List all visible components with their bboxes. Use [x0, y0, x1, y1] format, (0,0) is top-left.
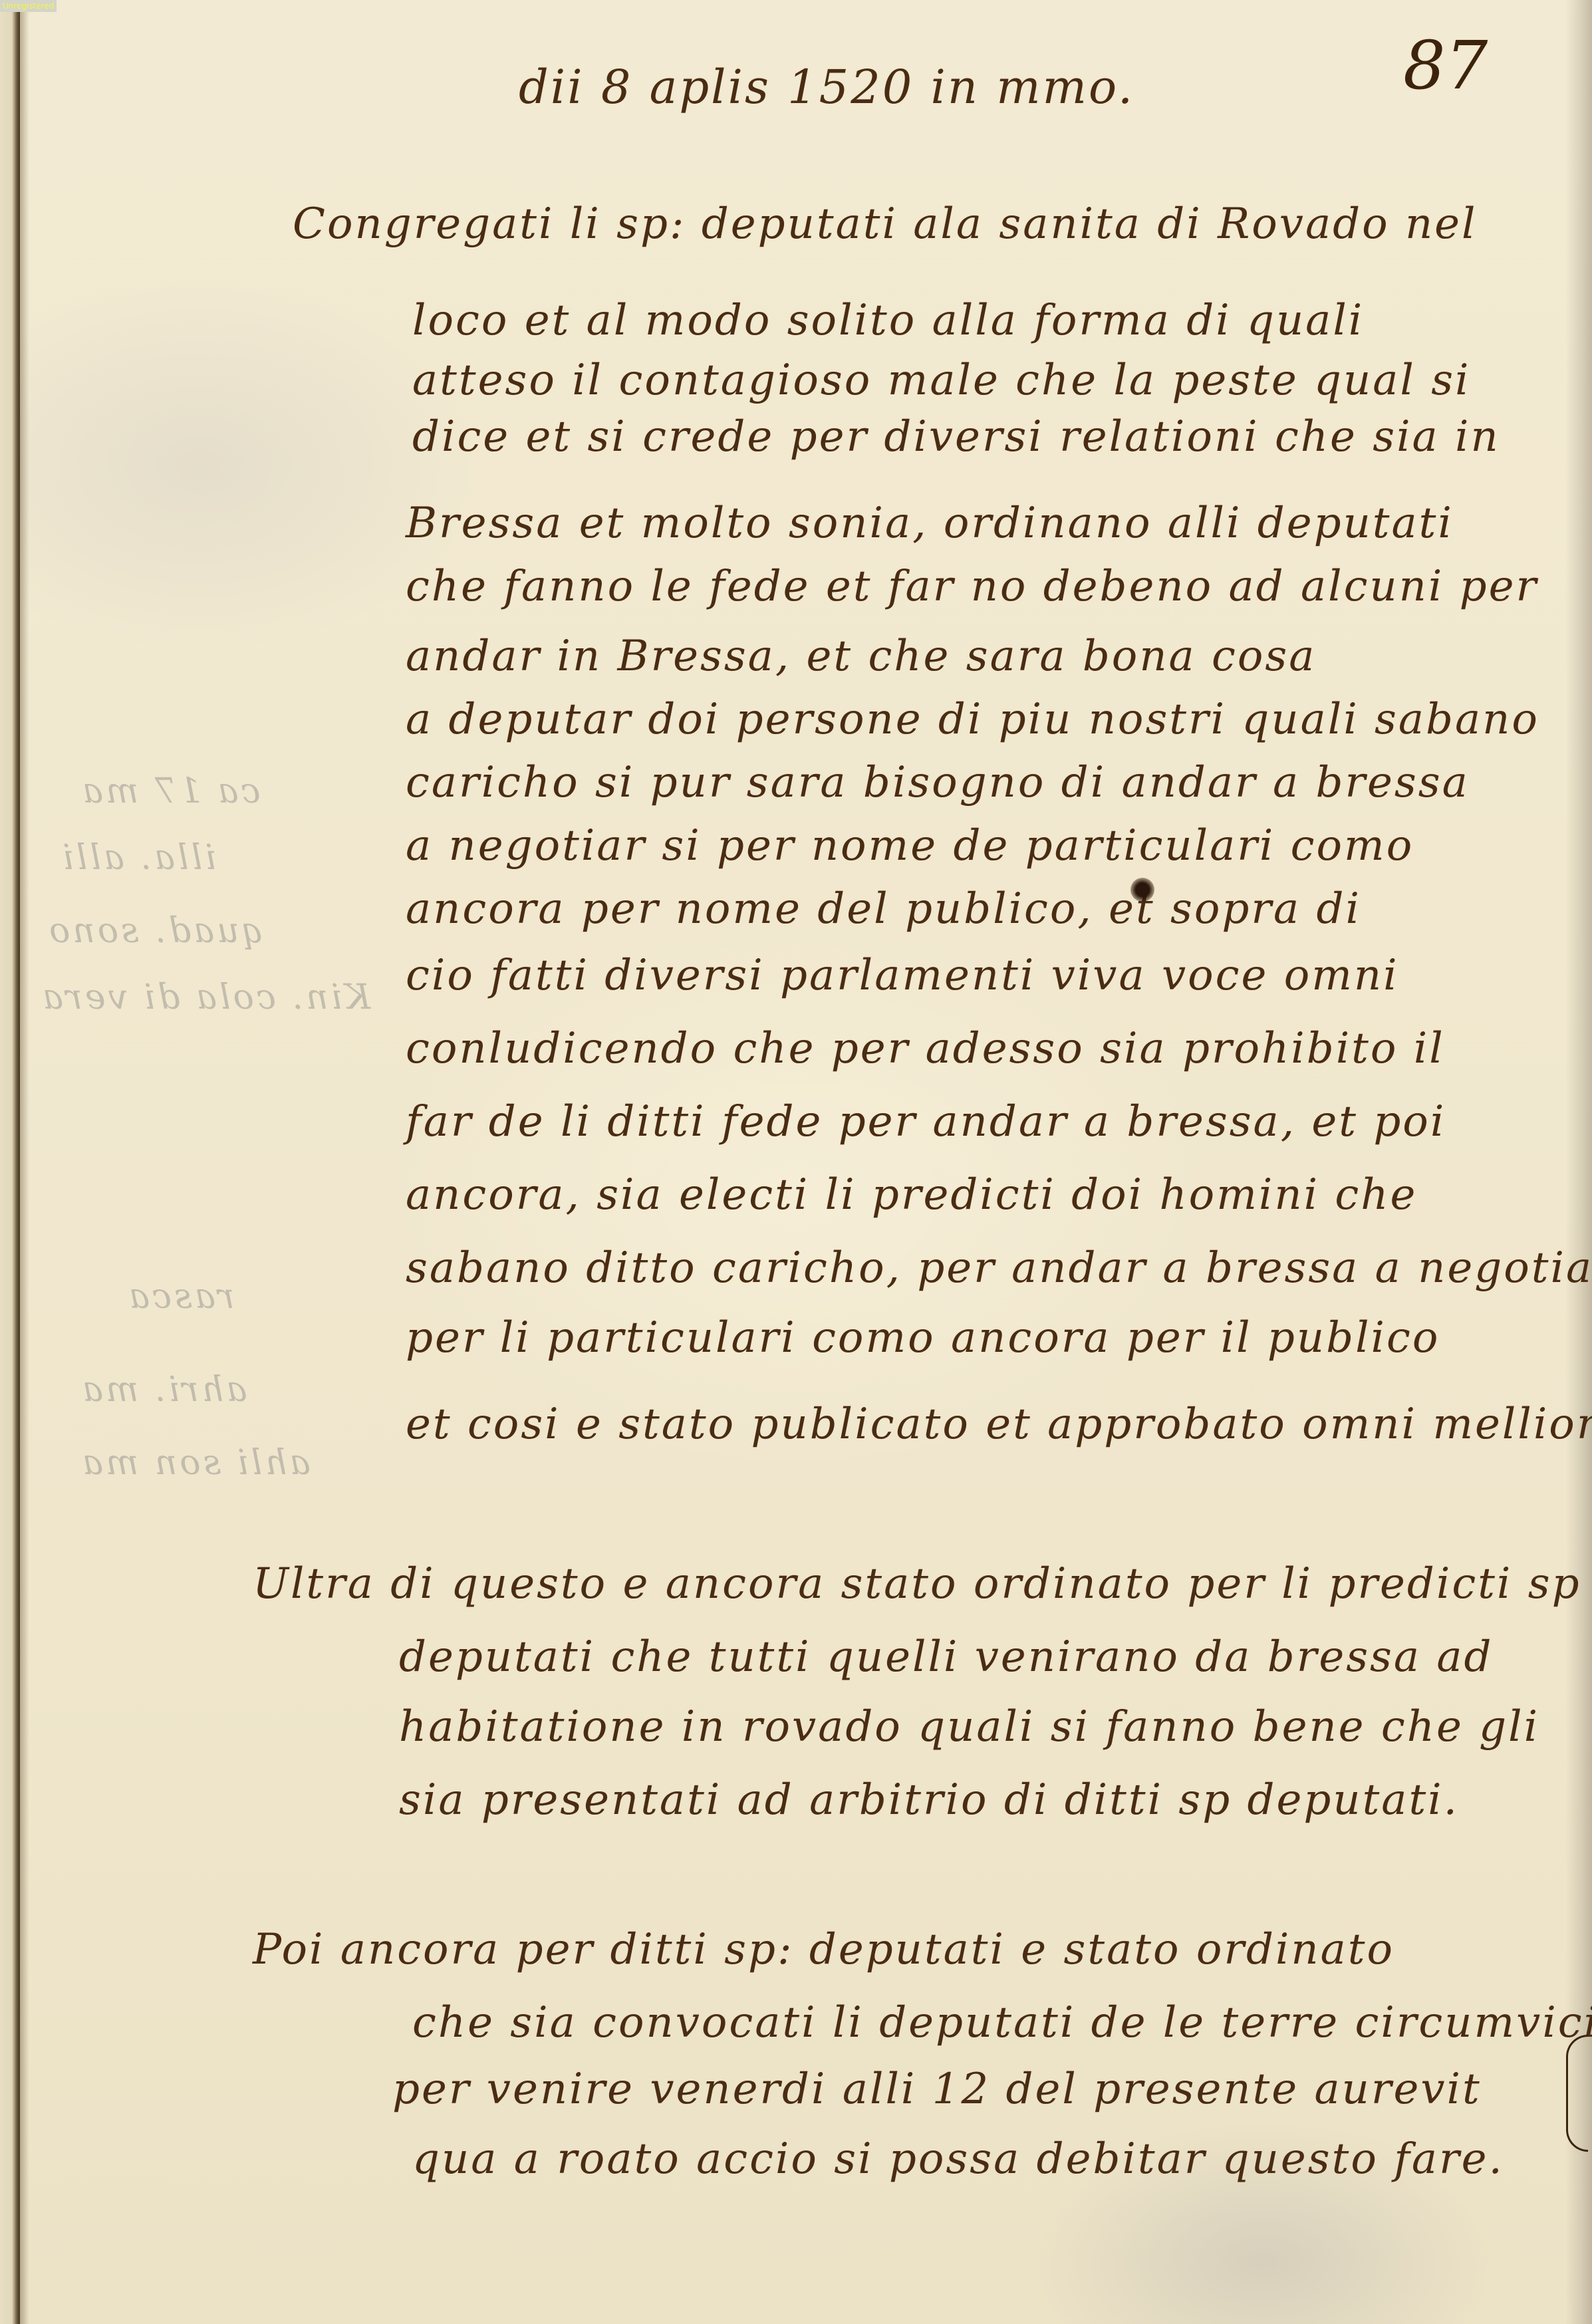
bleed-through-text: rasca — [126, 1277, 235, 1317]
manuscript-line: cio fatti diversi parlamenti viva voce o… — [406, 951, 1399, 1000]
folio-number: 87 — [1403, 27, 1488, 104]
manuscript-line: loco et al modo solito alla forma di qua… — [412, 296, 1364, 345]
manuscript-line: per venire venerdi alli 12 del presente … — [392, 2065, 1482, 2114]
manuscript-line: et cosi e stato publicato et approbato o… — [406, 1400, 1592, 1449]
bleed-through-text: Kin. cola di vera — [40, 977, 370, 1017]
binding-shadow — [20, 0, 29, 2324]
manuscript-line: sabano ditto caricho, per andar a bressa… — [406, 1243, 1592, 1293]
manuscript-line: che sia convocati li deputati de le terr… — [412, 1998, 1592, 2047]
manuscript-line: dice et si crede per diversi relationi c… — [412, 412, 1500, 461]
manuscript-line: a negotiar si per nome de particulari co… — [406, 821, 1414, 870]
manuscript-line: andar in Bressa, et che sara bona cosa — [406, 632, 1316, 681]
book-binding-edge — [0, 0, 20, 2324]
manuscript-line: ancora per nome del publico, et sopra di — [406, 884, 1361, 934]
manuscript-line: qua a roato accio si possa debitar quest… — [412, 2134, 1504, 2184]
bleed-through-text: illa. alli — [60, 838, 216, 878]
unregistered-watermark: Unregistered — [0, 0, 57, 12]
bleed-through-text: ahli son ma — [80, 1443, 311, 1483]
manuscript-line: far de li ditti fede per andar a bressa,… — [406, 1097, 1446, 1146]
manuscript-line: Ultra di questo e ancora stato ordinato … — [253, 1559, 1581, 1609]
manuscript-line: Poi ancora per ditti sp: deputati e stat… — [253, 1925, 1394, 1974]
date-heading: dii 8 aplis 1520 in mmo. — [519, 60, 1134, 114]
manuscript-line: Bressa et molto sonia, ordinano alli dep… — [406, 499, 1454, 548]
manuscript-line: Congregati li sp: deputati ala sanita di… — [293, 199, 1478, 249]
bleed-through-text: quad. sono — [47, 911, 264, 951]
bleed-through-text: ahri. ma — [80, 1370, 247, 1410]
manuscript-line: sia presentati ad arbitrio di ditti sp d… — [399, 1775, 1459, 1825]
manuscript-line: caricho si pur sara bisogno di andar a b… — [406, 758, 1470, 807]
manuscript-line: per li particulari como ancora per il pu… — [406, 1313, 1440, 1362]
manuscript-line: deputati che tutti quelli venirano da br… — [399, 1632, 1494, 1682]
manuscript-page: Unregistered ca 17 ma illa. alli quad. s… — [0, 0, 1592, 2324]
page-right-edge — [1565, 0, 1592, 2324]
manuscript-line: habitatione in rovado quali si fanno ben… — [399, 1702, 1539, 1751]
manuscript-line: ancora, sia electi li predicti doi homin… — [406, 1170, 1417, 1220]
bleed-through-text: ca 17 ma — [80, 771, 261, 811]
margin-bracket — [1566, 2035, 1588, 2152]
manuscript-line: conludicendo che per adesso sia prohibit… — [406, 1024, 1445, 1073]
manuscript-line: a deputar doi persone di piu nostri qual… — [406, 695, 1539, 744]
manuscript-line: che fanno le fede et far no debeno ad al… — [406, 562, 1538, 611]
manuscript-line: atteso il contagioso male che la peste q… — [412, 356, 1471, 405]
ink-blot — [1130, 878, 1154, 902]
